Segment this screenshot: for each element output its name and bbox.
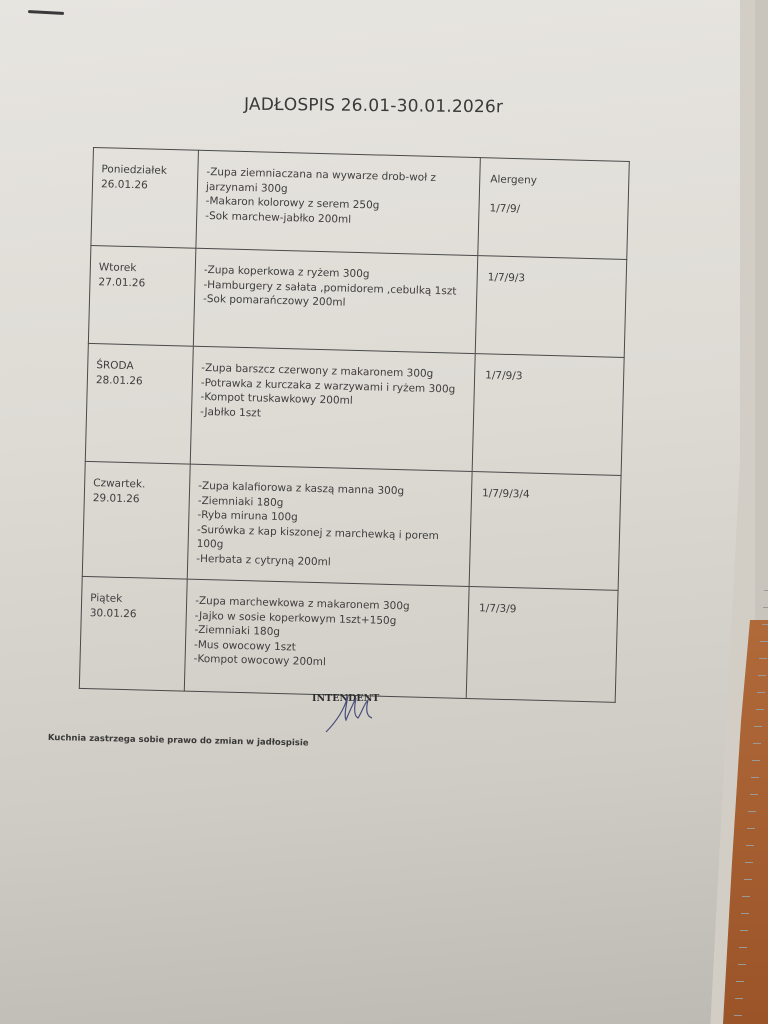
allergen-codes: 1/7/9/3/4 <box>482 487 530 500</box>
day-date: 29.01.26 <box>93 491 181 508</box>
day-name: Piątek <box>90 591 178 608</box>
allergens-cell: 1/7/9/3 <box>472 354 624 476</box>
handwritten-signature-icon <box>322 688 382 736</box>
menu-row: Wtorek27.01.26-Zupa koperkowa z ryżem 30… <box>88 245 626 357</box>
meals-cell: -Zupa marchewkowa z makaronem 300g-Jajko… <box>184 579 469 698</box>
allergens-cell: 1/7/3/9 <box>466 586 618 702</box>
day-date: 28.01.26 <box>96 373 184 390</box>
day-cell: ŚRODA28.01.26 <box>85 343 193 464</box>
allergens-cell: 1/7/9/3/4 <box>469 472 621 591</box>
day-cell: Czwartek.29.01.26 <box>82 461 190 579</box>
menu-row: Piątek30.01.26-Zupa marchewkowa z makaro… <box>79 576 618 702</box>
menu-table: Poniedziałek26.01.26-Zupa ziemniaczana n… <box>79 147 625 703</box>
meals-cell: -Zupa barszcz czerwony z makaronem 300g-… <box>190 346 475 471</box>
day-cell: Poniedziałek26.01.26 <box>91 148 199 249</box>
allergen-codes: 1/7/9/3 <box>488 271 526 284</box>
menu-row: Czwartek.29.01.26-Zupa kalafiorowa z kas… <box>82 461 621 590</box>
menu-row: Poniedziałek26.01.26-Zupa ziemniaczana n… <box>91 148 629 260</box>
day-date: 26.01.26 <box>101 177 189 194</box>
meals-cell: -Zupa koperkowa z ryżem 300g-Hamburgery … <box>193 248 477 353</box>
allergen-codes: 1/7/3/9 <box>479 602 517 615</box>
day-name: Poniedziałek <box>101 162 189 179</box>
allergens-header: Alergeny <box>490 172 620 190</box>
pen-mark <box>28 10 64 15</box>
allergen-codes: 1/7/9/ <box>489 202 520 215</box>
day-cell: Wtorek27.01.26 <box>88 245 196 346</box>
allergen-codes: 1/7/9/3 <box>485 369 523 382</box>
meals-cell: -Zupa kalafiorowa z kaszą manna 300g-Zie… <box>187 464 472 586</box>
document-title: JADŁOSPIS 26.01-30.01.2026r <box>244 95 503 118</box>
allergens-cell: 1/7/9/3 <box>475 256 627 358</box>
allergens-cell: Alergeny1/7/9/ <box>478 158 630 260</box>
day-name: Czwartek. <box>93 476 181 493</box>
menu-sheet: JADŁOSPIS 26.01-30.01.2026r Poniedziałek… <box>0 0 740 1024</box>
footnote: Kuchnia zastrzega sobie prawo do zmian w… <box>48 733 309 748</box>
meals-cell: -Zupa ziemniaczana na wywarze drob-woł z… <box>196 150 480 255</box>
day-cell: Piątek30.01.26 <box>79 576 187 691</box>
day-name: Wtorek <box>99 260 187 277</box>
day-date: 27.01.26 <box>98 275 186 292</box>
day-name: ŚRODA <box>96 358 184 375</box>
menu-row: ŚRODA28.01.26-Zupa barszcz czerwony z ma… <box>85 343 624 475</box>
day-date: 30.01.26 <box>90 606 178 623</box>
